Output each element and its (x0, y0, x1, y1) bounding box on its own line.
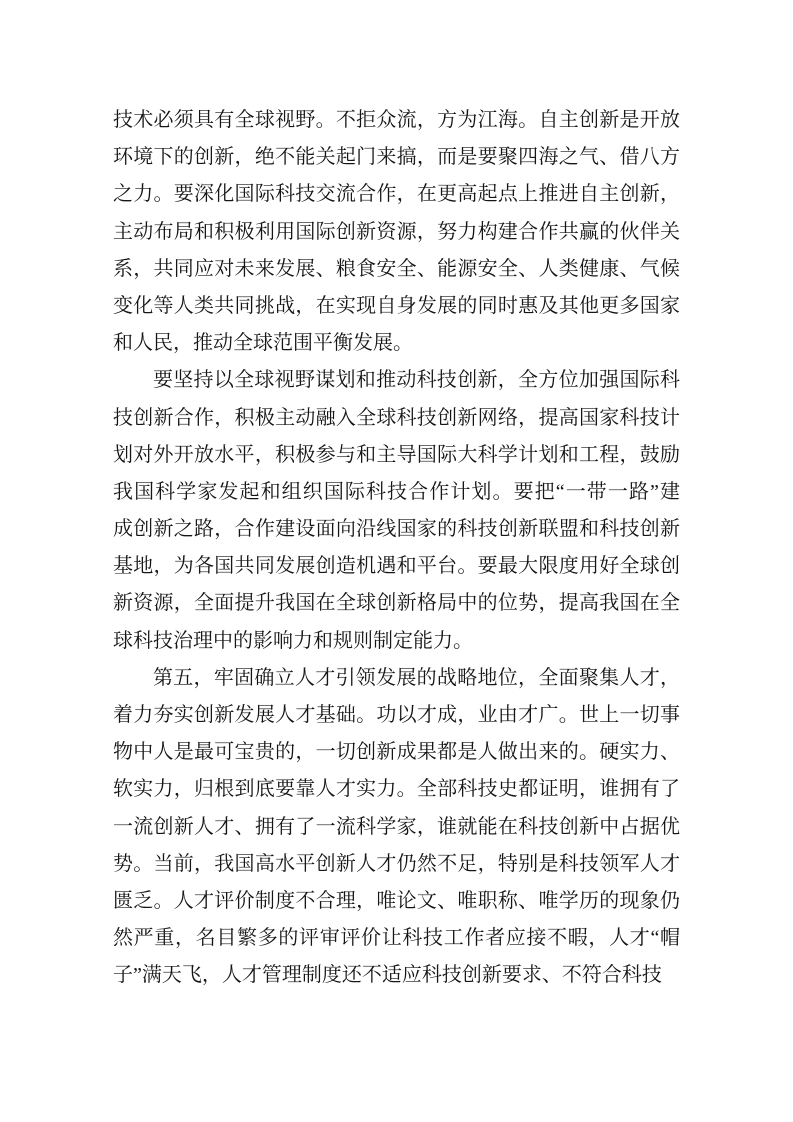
paragraph: 第五，牢固确立人才引领发展的战略地位，全面聚集人才，着力夯实创新发展人才基础。功… (113, 660, 680, 995)
text-line: 系，共同应对未来发展、粮食安全、能源安全、人类健康、气候 (113, 251, 680, 288)
text-line: 划对外开放水平，积极参与和主导国际大科学计划和工程，鼓励 (113, 437, 680, 474)
text-line: 之力。要深化国际科技交流合作，在更高起点上推进自主创新， (113, 176, 680, 213)
text-line: 基地，为各国共同发展创造机遇和平台。要最大限度用好全球创 (113, 548, 680, 585)
text-line: 然严重，名目繁多的评审评价让科技工作者应接不暇，人才“帽 (113, 920, 680, 957)
text-line: 着力夯实创新发展人才基础。功以才成，业由才广。世上一切事 (113, 697, 680, 734)
document-page: 技术必须具有全球视野。不拒众流，方为江海。自主创新是开放环境下的创新，绝不能关起… (0, 0, 793, 1122)
text-line: 主动布局和积极利用国际创新资源，努力构建合作共赢的伙伴关 (113, 214, 680, 251)
text-line: 匮乏。人才评价制度不合理，唯论文、唯职称、唯学历的现象仍 (113, 883, 680, 920)
text-line: 球科技治理中的影响力和规则制定能力。 (113, 623, 680, 660)
text-line: 变化等人类共同挑战，在实现自身发展的同时惠及其他更多国家 (113, 288, 680, 325)
text-block: 技术必须具有全球视野。不拒众流，方为江海。自主创新是开放环境下的创新，绝不能关起… (113, 102, 680, 995)
text-line: 物中人是最可宝贵的，一切创新成果都是人做出来的。硬实力、 (113, 734, 680, 771)
text-line: 技术必须具有全球视野。不拒众流，方为江海。自主创新是开放 (113, 102, 680, 139)
text-line: 新资源，全面提升我国在全球创新格局中的位势，提高我国在全 (113, 585, 680, 622)
text-line: 子”满天飞，人才管理制度还不适应科技创新要求、不符合科技 (113, 957, 680, 994)
text-line: 技创新合作，积极主动融入全球科技创新网络，提高国家科技计 (113, 400, 680, 437)
text-line: 第五，牢固确立人才引领发展的战略地位，全面聚集人才， (113, 660, 680, 697)
text-line: 软实力，归根到底要靠人才实力。全部科技史都证明，谁拥有了 (113, 771, 680, 808)
text-line: 一流创新人才、拥有了一流科学家，谁就能在科技创新中占据优 (113, 809, 680, 846)
text-line: 和人民，推动全球范围平衡发展。 (113, 325, 680, 362)
text-line: 环境下的创新，绝不能关起门来搞，而是要聚四海之气、借八方 (113, 139, 680, 176)
text-line: 势。当前，我国高水平创新人才仍然不足，特别是科技领军人才 (113, 846, 680, 883)
paragraph: 技术必须具有全球视野。不拒众流，方为江海。自主创新是开放环境下的创新，绝不能关起… (113, 102, 680, 362)
text-line: 我国科学家发起和组织国际科技合作计划。要把“一带一路”建 (113, 474, 680, 511)
text-line: 成创新之路，合作建设面向沿线国家的科技创新联盟和科技创新 (113, 511, 680, 548)
paragraph: 要坚持以全球视野谋划和推动科技创新，全方位加强国际科技创新合作，积极主动融入全球… (113, 362, 680, 660)
text-line: 要坚持以全球视野谋划和推动科技创新，全方位加强国际科 (113, 362, 680, 399)
